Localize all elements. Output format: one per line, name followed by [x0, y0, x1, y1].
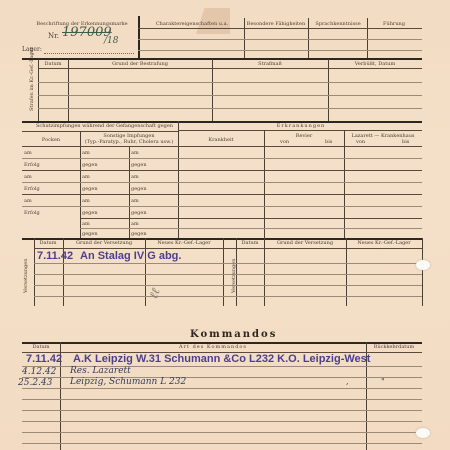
col-header-illness: Krankheit [178, 137, 264, 143]
col-header-smallpox: Pocken [22, 137, 80, 143]
kommando-date-1: 7.11.42 [26, 353, 62, 365]
cell: am [24, 150, 32, 156]
cell: am [24, 174, 32, 180]
illnesses-title: Erkrankungen [180, 123, 422, 129]
rule [22, 388, 422, 389]
rule [22, 182, 422, 183]
col-header-date: Datum [236, 240, 264, 246]
cell: gegen [131, 162, 147, 168]
rule [22, 410, 422, 411]
col-divider [129, 146, 130, 238]
record-card: Beschriftung der Erkennungsmarke Nr. 197… [0, 0, 450, 450]
col-header-reason: Grund der Versetzung [63, 240, 145, 246]
cell: am [82, 150, 90, 156]
rule [138, 50, 422, 51]
cell: am [131, 150, 139, 156]
cell: Erfolg [24, 162, 40, 168]
rule [22, 399, 422, 400]
col-header-date: Datum [34, 240, 62, 246]
rule [22, 206, 422, 207]
punch-hole [416, 428, 430, 438]
col-header-reason: Grund der Bestrafung [68, 61, 212, 67]
cell: gegen [82, 186, 98, 192]
col-header-reason: Grund der Versetzung [264, 240, 346, 246]
transfer-date-stamp: 7.11.42 [37, 250, 73, 262]
col-divider [367, 18, 368, 58]
rule [80, 228, 422, 229]
rule [22, 158, 422, 159]
rule [38, 95, 422, 96]
header-divider [138, 16, 140, 58]
col-divider [244, 18, 245, 58]
col-divider [308, 18, 309, 58]
kommando-return-3: " [381, 377, 385, 386]
col-header-served: Verbüßt, Datum [328, 61, 422, 67]
rule [22, 170, 422, 171]
rule [38, 82, 422, 83]
cell: gegen [131, 231, 147, 237]
kommando-date-3: 25.2.43 [18, 378, 52, 388]
cell: gegen [82, 162, 98, 168]
conduct-header: Führung [369, 21, 419, 27]
bis-label: bis [325, 139, 332, 145]
lager-line [44, 53, 134, 55]
cell: am [82, 221, 90, 227]
cell: gegen [131, 186, 147, 192]
rule [22, 421, 422, 422]
punch-hole [416, 260, 430, 270]
rule [22, 131, 178, 132]
von-label: von [356, 139, 365, 145]
cell: gegen [82, 231, 98, 237]
rule [34, 274, 422, 275]
rule [80, 218, 422, 219]
bis-label: bis [402, 139, 409, 145]
col-header-return: Rückkehrdatum [366, 344, 422, 350]
rule [34, 248, 422, 249]
cell: am [131, 174, 139, 180]
kommando-stamp-1: A.K Leipzig W.31 Schumann &Co L232 K.O. … [73, 353, 370, 365]
cell: Erfolg [24, 210, 40, 216]
col-header-sentence: Strafmaß [212, 61, 328, 67]
cell: am [24, 198, 32, 204]
kommando-date-2: 4.12.42 [22, 367, 56, 377]
cell: am [131, 198, 139, 204]
languages-header: Sprachkenntnisse [310, 21, 366, 27]
cell: am [82, 198, 90, 204]
rule [38, 68, 422, 69]
kommando-entry-2: Res. Lazarett [70, 366, 131, 376]
abilities-header: Besondere Fähigkeiten [246, 21, 306, 27]
col-header-kommando: Art des Kommandos [60, 344, 366, 350]
kommando-entry-3: Leipzig, Schumann L 232 [70, 377, 186, 387]
kommandos-title: Kommandos [190, 329, 277, 340]
rule [22, 443, 422, 444]
rule [22, 146, 422, 147]
col-header-other-sub: (Typ.-Paratyp., Ruhr, Cholera usw.) [80, 139, 178, 145]
section-rule [22, 58, 422, 60]
col-divider [422, 238, 423, 306]
pencil-mark: ℓℓ [146, 286, 164, 301]
cell: gegen [131, 210, 147, 216]
nr-label: Nr. [48, 33, 59, 39]
rule [34, 285, 422, 286]
rule [34, 296, 422, 297]
cell: gegen [82, 210, 98, 216]
cell: am [131, 221, 139, 227]
cell: am [82, 174, 90, 180]
transfers-side-label-left: Versetzungen [23, 249, 29, 293]
cell: Erfolg [24, 186, 40, 192]
col-header-camp: Neues Kr.-Gef.-Lager [145, 240, 223, 246]
rule [34, 263, 422, 264]
rule [22, 194, 422, 195]
col-divider [80, 131, 81, 238]
col-header-date: Datum [22, 344, 60, 350]
rule [38, 108, 422, 109]
nr-suffix: /18 [104, 36, 118, 46]
punishments-side-label: Strafen im Kr.-Gef.-Lager [29, 63, 35, 111]
rule [138, 28, 422, 29]
character-header: Charaktereigenschaften u.a. [142, 21, 242, 27]
rule [138, 39, 422, 40]
col-header-date: Datum [38, 61, 68, 67]
col-header-camp: Neues Kr.-Gef.-Lager [346, 240, 422, 246]
ditto-mark: , [346, 377, 349, 386]
transfer-reason-stamp: An Stalag IV G abg. [80, 250, 181, 262]
rule [178, 130, 422, 131]
von-label: von [280, 139, 289, 145]
vaccinations-title: Schutzimpfungen während der Gefangenscha… [36, 123, 173, 129]
rule [22, 432, 422, 433]
